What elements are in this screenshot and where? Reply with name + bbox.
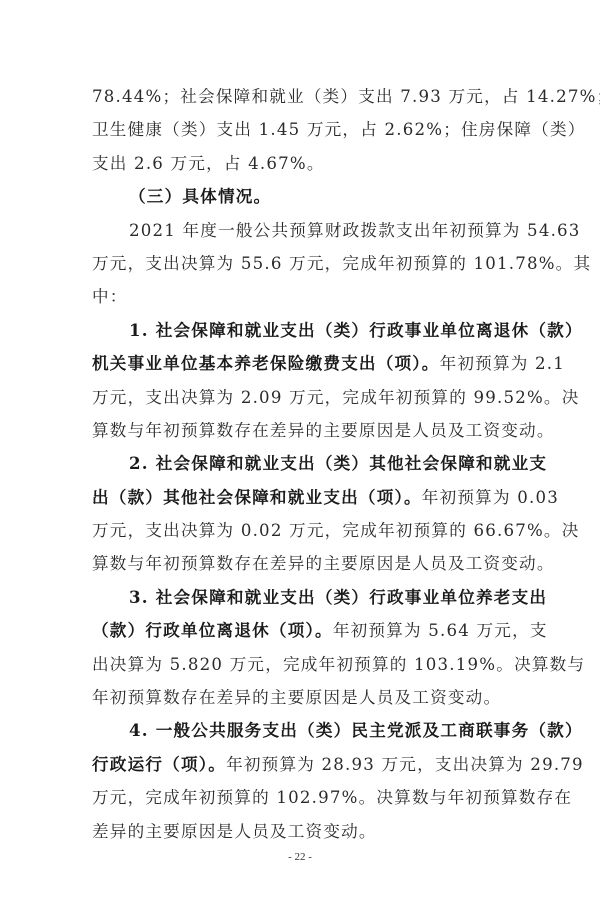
text-line: 78.44%；社会保障和就业（类）支出 7.93 万元，占 14.27%；	[92, 80, 510, 113]
item-2-line: 万元，支出决算为 0.02 万元，完成年初预算的 66.67%。决	[92, 514, 510, 547]
item-2-line: 算数与年初预算数存在差异的主要原因是人员及工资变动。	[92, 547, 510, 580]
item-2-budget: 年初预算为 0.03	[422, 488, 559, 507]
section-heading: （三）具体情况。	[92, 180, 510, 213]
item-3-title-cont: （款）行政单位离退休（项）。年初预算为 5.64 万元，支	[92, 614, 510, 647]
item-1-line: 算数与年初预算数存在差异的主要原因是人员及工资变动。	[92, 414, 510, 447]
text-line: 卫生健康（类）支出 1.45 万元，占 2.62%；住房保障（类）	[92, 113, 510, 146]
item-3-budget: 年初预算为 5.64 万元，支	[333, 621, 548, 640]
text-line: 支出 2.6 万元，占 4.67%。	[92, 147, 510, 180]
summary-line: 中：	[92, 280, 510, 313]
item-2-title-bold: 出（款）其他社会保障和就业支出（项）。	[92, 487, 422, 507]
item-4-budget: 年初预算为 28.93 万元，支出决算为 29.79	[226, 755, 584, 774]
item-1-title: 1. 社会保障和就业支出（类）行政事业单位离退休（款）	[92, 314, 510, 347]
item-3-title-bold: （款）行政单位离退休（项）。	[92, 620, 333, 640]
item-1-title-cont: 机关事业单位基本养老保险缴费支出（项）。年初预算为 2.1	[92, 347, 510, 380]
item-4-title-cont: 行政运行（项）。年初预算为 28.93 万元，支出决算为 29.79	[92, 748, 510, 781]
item-4-line: 万元，完成年初预算的 102.97%。决算数与年初预算数存在	[92, 781, 510, 814]
summary-line: 2021 年度一般公共预算财政拨款支出年初预算为 54.63	[92, 214, 510, 247]
item-1-line: 万元，支出决算为 2.09 万元，完成年初预算的 99.52%。决	[92, 381, 510, 414]
item-1-title-bold: 机关事业单位基本养老保险缴费支出（项）。	[92, 353, 440, 373]
summary-line: 万元，支出决算为 55.6 万元，完成年初预算的 101.78%。其	[92, 247, 510, 280]
item-2-title: 2. 社会保障和就业支出（类）其他社会保障和就业支	[92, 447, 510, 480]
item-3-line: 出决算为 5.820 万元，完成年初预算的 103.19%。决算数与	[92, 648, 510, 681]
page-number: - 22 -	[0, 851, 600, 863]
item-3-line: 年初预算数存在差异的主要原因是人员及工资变动。	[92, 681, 510, 714]
item-4-line: 差异的主要原因是人员及工资变动。	[92, 815, 510, 848]
item-1-budget: 年初预算为 2.1	[440, 354, 565, 373]
document-body: 78.44%；社会保障和就业（类）支出 7.93 万元，占 14.27%； 卫生…	[92, 80, 510, 848]
item-4-title: 4. 一般公共服务支出（类）民主党派及工商联事务（款）	[92, 714, 510, 747]
item-3-title: 3. 社会保障和就业支出（类）行政事业单位养老支出	[92, 581, 510, 614]
item-4-title-bold: 行政运行（项）。	[92, 754, 226, 774]
item-2-title-cont: 出（款）其他社会保障和就业支出（项）。年初预算为 0.03	[92, 481, 510, 514]
